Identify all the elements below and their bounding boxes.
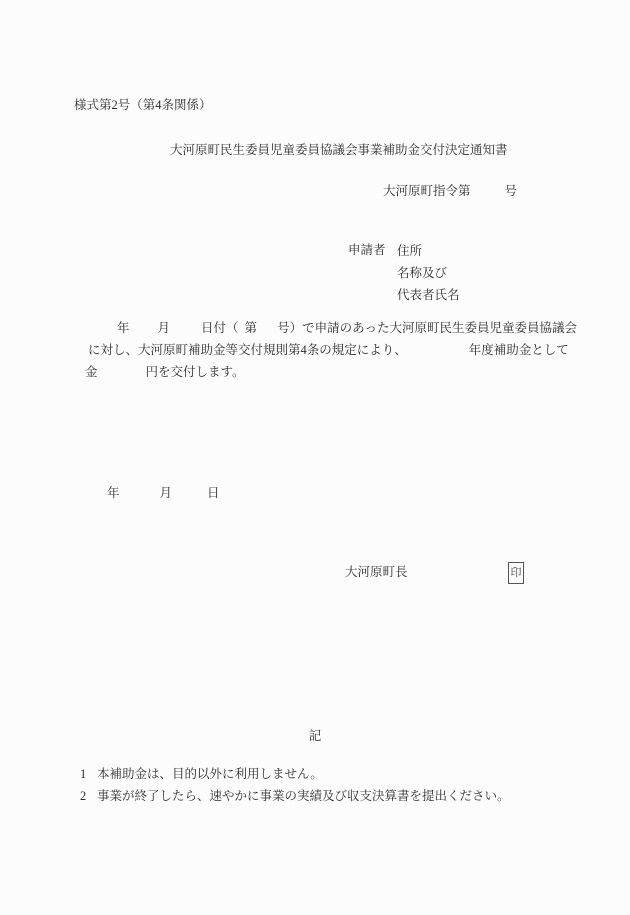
applicant-lines: 住所 名称及び 代表者氏名: [397, 240, 460, 306]
body-line-1-text: 号）で申請のあった大河原町民生委員児童委員協議会: [277, 321, 577, 335]
applicant-address-label: 住所: [397, 240, 460, 262]
directive-suffix: 号: [505, 184, 518, 198]
directive-prefix: 大河原町指令第: [383, 184, 471, 198]
fiscal-year-suffix: 年度補助金として: [469, 343, 569, 357]
body-line-1: 年月日付（第号）で申請のあった大河原町民生委員児童委員協議会: [117, 321, 577, 336]
applicant-representative-label: 代表者氏名: [397, 284, 460, 306]
document-page: 様式第2号（第4条関係） 大河原町民生委員児童委員協議会事業補助金交付決定通知書…: [0, 0, 630, 915]
body-line-3: 金円を交付します。: [85, 365, 245, 380]
document-title: 大河原町民生委員児童委員協議会事業補助金交付決定通知書: [170, 143, 508, 158]
application-month-label: 月: [158, 321, 171, 335]
applicant-name-label: 名称及び: [397, 262, 460, 284]
amount-blank: [98, 375, 146, 376]
directive-number-blank: [471, 194, 505, 195]
amount-suffix: 円を交付します。: [146, 365, 245, 379]
issue-year-blank: [120, 496, 160, 497]
amount-kin-label: 金: [85, 365, 98, 379]
notes-heading: 記: [0, 729, 630, 744]
applicant-label: 申請者: [348, 243, 386, 258]
note-item: 2事業が終了したら、速やかに事業の実績及び収支決算書を提出ください。: [80, 789, 510, 804]
application-dai-label: 第: [245, 321, 258, 335]
note-item: 1本補助金は、目的以外に利用しません。: [80, 767, 323, 782]
issue-month-label: 月: [160, 486, 173, 500]
application-day-label: 日付（: [201, 321, 239, 335]
issue-day-label: 日: [207, 486, 220, 500]
note-item-text: 本補助金は、目的以外に利用しません。: [97, 767, 323, 781]
seal-box: 印: [508, 562, 524, 584]
mayor-title: 大河原町長: [345, 565, 408, 580]
application-year-label: 年: [117, 321, 130, 335]
application-number-blank: [257, 331, 277, 332]
application-month-blank: [170, 331, 201, 332]
application-year-blank: [130, 331, 158, 332]
body-line-2-text: に対し、大河原町補助金等交付規則第4条の規定により、: [88, 343, 407, 357]
fiscal-year-blank: [407, 353, 469, 354]
issue-month-blank: [172, 496, 207, 497]
body-line-2: に対し、大河原町補助金等交付規則第4条の規定により、年度補助金として: [88, 343, 569, 358]
directive-number-line: 大河原町指令第号: [383, 184, 517, 199]
note-item-number: 2: [80, 789, 97, 804]
issue-year-label: 年: [107, 486, 120, 500]
form-number-label: 様式第2号（第4条関係）: [74, 98, 212, 113]
issue-date-line: 年月日: [107, 486, 220, 501]
note-item-number: 1: [80, 767, 97, 782]
note-item-text: 事業が終了したら、速やかに事業の実績及び収支決算書を提出ください。: [97, 789, 510, 803]
